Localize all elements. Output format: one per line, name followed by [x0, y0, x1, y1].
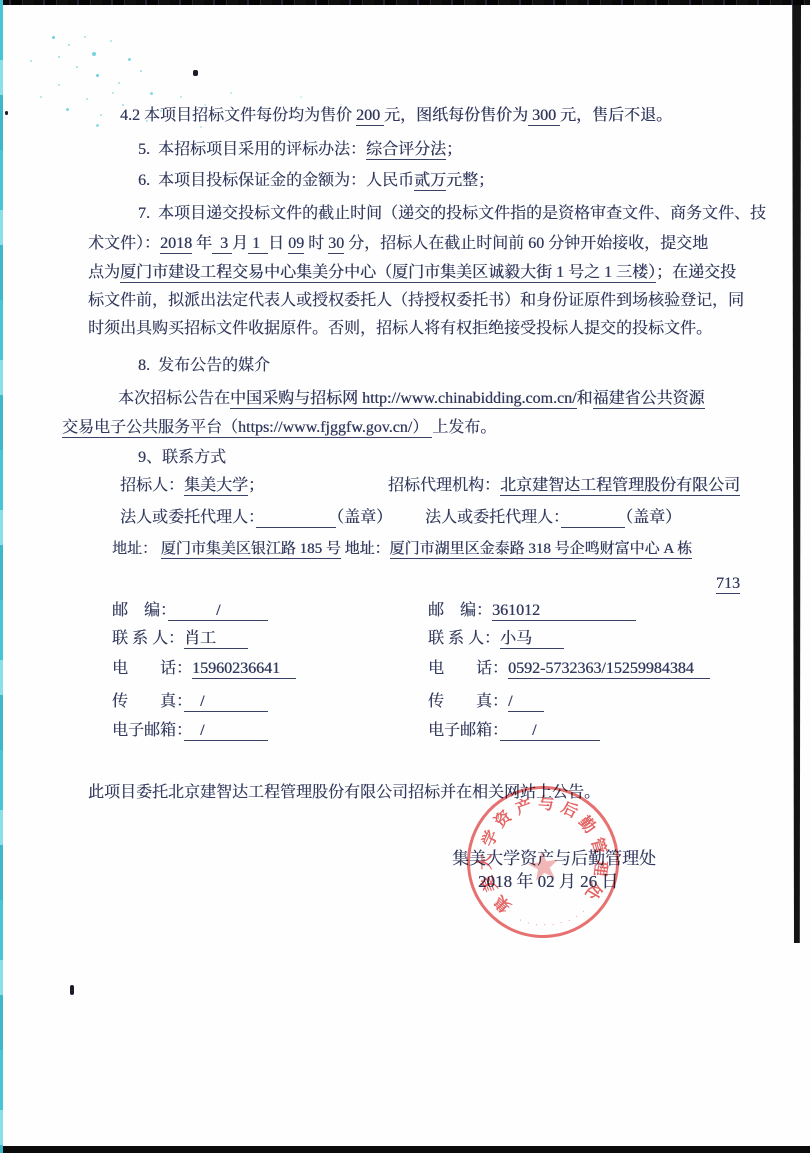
scan-edge-right — [791, 5, 801, 943]
seal-ring-char: 大 — [478, 853, 494, 869]
agency-line: 招标代理机构：北京建智达工程管理股份有限公司 — [388, 476, 740, 496]
ink-tick-mark — [70, 985, 74, 995]
underlined-text: 厦门市建设工程交易中心集美分中心（厦门市集美区诚毅大街 1 号之 1 三楼） — [120, 264, 656, 283]
scan-speckle — [58, 56, 60, 58]
ink-dot-1 — [193, 70, 198, 76]
text-segment: 招标代理机构： — [388, 477, 500, 494]
scan-speckle — [146, 120, 148, 122]
text-segment: 邮 编： — [112, 602, 168, 619]
underlined-text: 小马 — [500, 630, 564, 649]
text-segment: 月 — [232, 235, 248, 252]
evaluation-method-clause: 5. 本招标项目采用的评标办法：综合评分法； — [138, 140, 462, 160]
media-line-1: 本次招标公告在中国采购与招标网 http://www.chinabidding.… — [118, 389, 705, 409]
deadline-clause-5: 时须出具购买招标文件收据原件。否则，招标人将有权拒绝接受投标人提交的投标文件。 — [88, 319, 712, 339]
underlined-text: 北京建智达工程管理股份有限公司 — [500, 477, 740, 496]
text-segment: 术文件）： — [88, 235, 160, 252]
text-segment: 地址： — [112, 541, 161, 557]
address-line: 地址： 厦门市集美区银江路 185 号 地址：厦门市湖里区金泰路 318 号企鸣… — [112, 539, 692, 559]
postcode-right: 邮 编：361012 — [428, 601, 636, 621]
scan-speckle — [118, 82, 120, 84]
text-segment: ； — [248, 477, 264, 494]
email-left: 电子邮箱： / — [112, 721, 268, 741]
scan-speckle — [58, 84, 60, 86]
scan-speckle — [86, 98, 88, 100]
text-segment: 9、联系方式 — [138, 449, 226, 466]
scan-edge-left — [0, 0, 3, 1153]
underlined-text: 集美大学 — [184, 477, 248, 496]
text-segment: 6. 本项目投标保证金的金额为：人民币 — [138, 172, 414, 189]
underlined-text: / — [508, 693, 544, 712]
scan-edge-bottom — [0, 1146, 810, 1153]
scan-speckle — [92, 52, 96, 56]
underlined-text: / — [184, 722, 268, 741]
seal-ring-char: 理 — [591, 860, 609, 878]
text-segment: 时 — [304, 235, 328, 252]
scan-speckle — [96, 74, 99, 77]
underlined-text: 综合评分法 — [366, 141, 446, 160]
price-clause: 4.2 本项目招标文件每份均为售价 200 元，图纸每份售价为 300 元，售后… — [120, 106, 672, 126]
underlined-text: 交易电子公共服务平台（https://www.fjggfw.gov.cn/） — [62, 419, 432, 438]
underlined-text: / — [500, 722, 600, 741]
underlined-text: 30 — [328, 235, 344, 254]
media-heading: 8. 发布公告的媒介 — [138, 356, 270, 376]
text-segment: 传 真： — [428, 693, 508, 710]
bid-bond-clause: 6. 本项目投标保证金的金额为：人民币贰万元整； — [138, 171, 494, 191]
text-segment: 联 系 人： — [112, 630, 184, 647]
media-line-2: 交易电子公共服务平台（https://www.fjggfw.gov.cn/） 上… — [62, 418, 496, 438]
scan-speckle — [204, 104, 206, 106]
text-segment: 5. 本招标项目采用的评标办法： — [138, 141, 366, 158]
scan-speckle — [112, 92, 114, 94]
text-segment: 时须出具购买招标文件收据原件。否则，招标人将有权拒绝接受投标人提交的投标文件。 — [88, 320, 712, 337]
underlined-text: 厦门市集美区银江路 185 号 — [161, 541, 341, 559]
scan-speckle — [260, 108, 262, 110]
text-segment: （盖章） — [625, 509, 681, 526]
underlined-text: 713 — [716, 575, 740, 594]
text-segment: 地址： — [341, 541, 390, 557]
scan-speckle — [84, 36, 86, 38]
underlined-text: 厦门市湖里区金泰路 318 号企鸣财富中心 A 栋 — [390, 541, 693, 559]
scan-speckle — [128, 58, 131, 61]
scan-speckle — [230, 92, 232, 94]
text-segment: 元整； — [446, 172, 494, 189]
text-segment: 元，图纸每份售价为 — [384, 107, 528, 124]
text-segment: 法人或委托代理人： — [425, 509, 561, 526]
text-segment: 分，招标人在截止时间前 60 分钟开始接收，提交地 — [344, 235, 708, 252]
text-segment: 8. 发布公告的媒介 — [138, 357, 270, 374]
scan-speckle — [68, 44, 70, 46]
text-segment: 本次招标公告在 — [118, 390, 230, 407]
scan-speckle — [340, 104, 342, 106]
text-segment: 联 系 人： — [428, 630, 500, 647]
fax-left: 传 真： / — [112, 692, 268, 712]
seal-ring-char: 与 — [538, 797, 555, 814]
text-segment: 元，售后不退。 — [560, 107, 672, 124]
text-segment: 上发布。 — [432, 419, 496, 436]
tenderer-line: 招标人：集美大学； — [120, 476, 264, 496]
text-segment: 电子邮箱： — [428, 722, 500, 739]
text-segment: 4.2 本项目招标文件每份均为售价 — [120, 107, 356, 124]
fax-right: 传 真：/ — [428, 692, 544, 712]
underlined-text: 300 — [528, 107, 560, 126]
official-seal: ★ 集美大学资产与后勤管理处 ········· — [457, 776, 629, 948]
scan-speckle — [100, 114, 102, 116]
contact-person-left: 联 系 人：肖工 — [112, 629, 248, 649]
scan-speckle — [40, 96, 42, 98]
text-segment: 7. 本项目递交投标文件的截止时间（递交的投标文件指的是资格审查文件、商务文件、… — [138, 205, 766, 222]
underlined-text: 中国采购与招标网 http://www.chinabidding.com.cn/ — [230, 390, 577, 409]
contact-person-right: 联 系 人：小马 — [428, 629, 564, 649]
email-right: 电子邮箱： / — [428, 721, 600, 741]
text-segment: 电子邮箱： — [112, 722, 184, 739]
legal-rep-right: 法人或委托代理人： （盖章） — [425, 508, 681, 528]
underlined-text: 贰万 — [414, 172, 446, 191]
seal-star-icon: ★ — [523, 840, 565, 892]
underlined-text: 福建省公共资源 — [593, 390, 705, 409]
phone-left: 电 话：15960236641 — [112, 659, 296, 679]
underlined-text: 200 — [356, 107, 384, 126]
underlined-text: / — [168, 602, 268, 621]
scan-speckle — [300, 96, 302, 98]
scan-speckle — [200, 126, 202, 128]
text-segment: ；在递交投 — [656, 264, 736, 281]
underlined-text: 0592-5732363/15259984384 — [508, 660, 710, 679]
text-segment: 日 — [268, 235, 288, 252]
scan-speckle — [76, 66, 78, 68]
deadline-clause-1: 7. 本项目递交投标文件的截止时间（递交的投标文件指的是资格审查文件、商务文件、… — [138, 204, 766, 224]
scan-speckle — [30, 60, 32, 62]
text-segment: （盖章） — [336, 509, 392, 526]
deadline-clause-3: 点为厦门市建设工程交易中心集美分中心（厦门市集美区诚毅大街 1 号之 1 三楼）… — [88, 263, 736, 283]
underlined-text: 2018 — [160, 235, 192, 254]
scan-speckle — [150, 92, 153, 95]
contact-heading: 9、联系方式 — [138, 448, 226, 468]
scan-speckle — [122, 104, 124, 106]
address-line-cont: 713 — [716, 574, 740, 594]
underlined-text: 361012 — [492, 602, 636, 621]
text-segment: 传 真： — [112, 693, 184, 710]
phone-right: 电 话：0592-5732363/15259984384 — [428, 659, 710, 679]
text-segment: 点为 — [88, 264, 120, 281]
deadline-clause-4: 标文件前，拟派出法定代表人或授权委托人（持授权委托书）和身份证原件到场核验登记，… — [88, 291, 744, 311]
text-segment: 电 话： — [428, 660, 508, 677]
scan-speckle — [66, 108, 69, 111]
ink-dot-2 — [5, 111, 8, 115]
scan-speckle — [110, 40, 112, 42]
legal-rep-left: 法人或委托代理人： （盖章） — [120, 508, 392, 528]
text-segment: 法人或委托代理人： — [120, 509, 256, 526]
text-segment: 和 — [577, 390, 593, 407]
postcode-left: 邮 编： / — [112, 601, 268, 621]
underlined-text: 15960236641 — [192, 660, 296, 679]
text-segment: 招标人： — [120, 477, 184, 494]
underlined-text: 3 — [212, 235, 232, 254]
underlined-text: 09 — [288, 235, 304, 254]
text-segment: 电 话： — [112, 660, 192, 677]
text-segment: 标文件前，拟派出法定代表人或授权委托人（持授权委托书）和身份证原件到场核验登记，… — [88, 292, 744, 309]
text-segment: 年 — [192, 235, 212, 252]
document-page: 4.2 本项目招标文件每份均为售价 200 元，图纸每份售价为 300 元，售后… — [0, 0, 810, 1153]
underlined-text: / — [184, 693, 268, 712]
underlined-text: 1 — [248, 235, 268, 254]
text-segment: ； — [446, 141, 462, 158]
underlined-text — [561, 509, 625, 528]
underlined-text: 肖工 — [184, 630, 248, 649]
scan-speckle — [52, 36, 55, 39]
text-segment: 邮 编： — [428, 602, 492, 619]
scan-speckle — [180, 96, 182, 98]
scan-speckle — [96, 124, 99, 127]
scan-speckle — [140, 70, 142, 72]
deadline-clause-2: 术文件）：2018 年 3 月 1 日 09 时 30 分，招标人在截止时间前 … — [88, 234, 708, 254]
scan-speckle — [160, 110, 162, 112]
underlined-text — [256, 509, 336, 528]
scan-edge-top — [0, 0, 810, 5]
